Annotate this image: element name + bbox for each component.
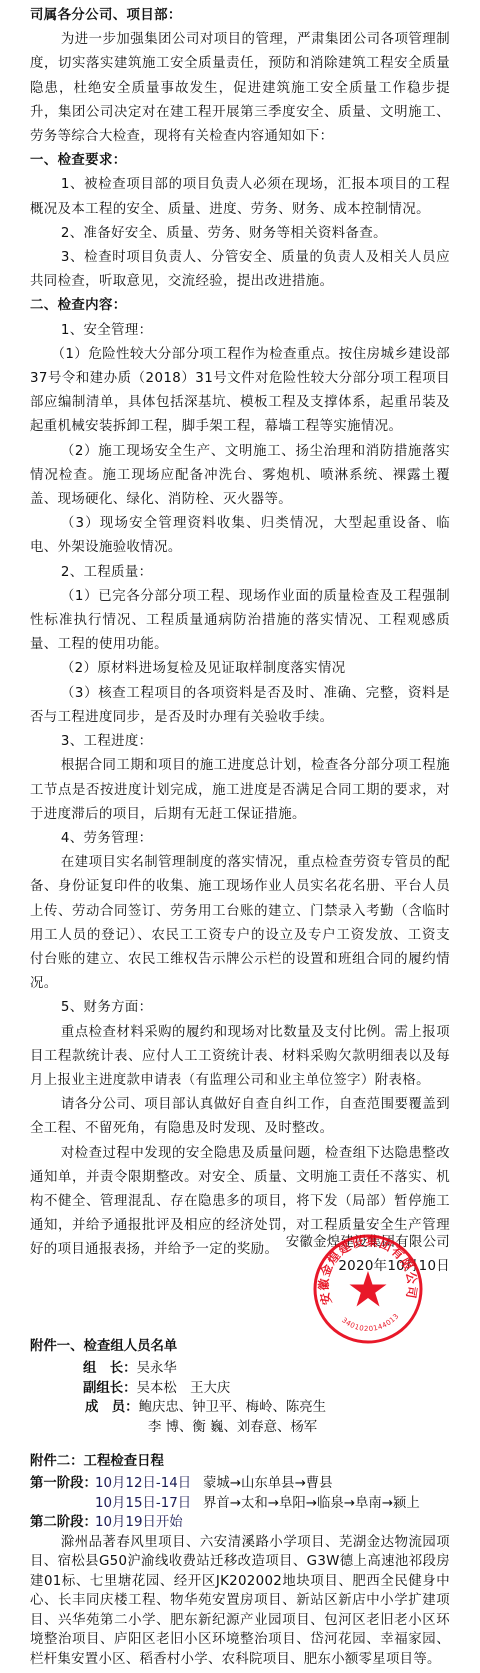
safety-item: （1）危险性较大分部分项工程作为检查重点。按住房城乡建设部37号令和建办质（20… [30, 343, 450, 440]
svg-text:3401020144013: 3401020144013 [340, 1312, 401, 1333]
stage-route: 界首→太和→阜阳→临泉→阜南→颍上 [203, 1494, 420, 1514]
signature-company: 安徽金煌建设集团有限公司 [30, 1231, 452, 1250]
appendix-inspection-team: 附件一、检查组人员名单 组 长：吴永华 副组长：吴本松 王大庆 成 员：鲍庆忠、… [30, 1337, 450, 1437]
subsection-finance-title: 5、财务方面： [30, 996, 450, 1020]
quality-item: （2）原材料进场复检及见证取样制度落实情况 [30, 657, 450, 681]
quality-item: （3）核查工程项目的各项资料是否及时、准确、完整，资料是否与工程进度同步，是否及… [30, 682, 450, 730]
stage-date: 10月12日-14日 [95, 1474, 203, 1494]
stage-1-row-2: 10月15日-17日界首→太和→阜阳→临泉→阜南→颍上 [30, 1494, 450, 1514]
subsection-quality-title: 2、工程质量： [30, 561, 450, 585]
progress-text: 根据合同工期和项目的施工进度总计划，检查各分部分项工程施工节点是否按进度计划完成… [30, 754, 450, 827]
requirement-item: 1、被检查项目部的项目负责人必须在现场，汇报本项目的工程概况及本工程的安全、质量… [30, 173, 450, 221]
requirement-item: 2、准备好安全、质量、劳务、财务等相关资料备查。 [30, 222, 450, 246]
appendix-inspection-schedule: 附件二：工程检查日程 第一阶段：10月12日-14日蒙城→山东单县→曹县 10月… [30, 1452, 450, 1670]
stage-2-project-list: 滁州品著春风里项目、六安清溪路小学项目、芜湖金达物流园项目、宿松县G50沪渝线收… [30, 1533, 450, 1670]
seal-code: 3401020144013 [340, 1312, 401, 1333]
intro-paragraph: 为进一步加强集团公司对项目的管理，严肃集团公司各项管理制度，切实落实建筑施工安全… [30, 28, 450, 149]
safety-item: （3）现场安全管理资料收集、归类情况，大型起重设备、临电、外架设施验收情况。 [30, 512, 450, 560]
team-leader-row: 组 长：吴永华 [30, 1359, 450, 1379]
requirement-item: 3、检查时项目负责人、分管安全、质量的负责人及相关人员应共同检查，听取意见，交流… [30, 246, 450, 294]
stage-route: 蒙城→山东单县→曹县 [203, 1474, 333, 1494]
stage-2-label: 第二阶段： [30, 1513, 95, 1533]
stage-2-row: 第二阶段：10月19日开始 [30, 1513, 450, 1533]
stage-1-label: 第一阶段： [30, 1474, 95, 1494]
deputy-label: 副组长： [83, 1379, 137, 1399]
deputy-names: 吴本松 王大庆 [137, 1381, 231, 1396]
leader-label: 组 长： [83, 1359, 137, 1379]
finance-text: 重点检查材料采购的履约和现场对比数量及支付比例。需上报项目工程款统计表、应付人工… [30, 1021, 450, 1094]
deputy-leader-row: 副组长：吴本松 王大庆 [30, 1379, 450, 1399]
member-names: 鲍庆忠、钟卫平、梅岭、陈亮生 [139, 1400, 326, 1415]
signature-date: 2020年10月10日 [30, 1255, 466, 1274]
notice-body: 司属各分公司、项目部： 为进一步加强集团公司对项目的管理，严肃集团公司各项管理制… [30, 4, 450, 1263]
stage-1-row: 第一阶段：10月12日-14日蒙城→山东单县→曹县 [30, 1474, 450, 1494]
safety-item: （2）施工现场安全生产、文明施工、扬尘治理和消防措施落实情况检查。施工现场应配备… [30, 440, 450, 513]
appendix-1-title: 附件一、检查组人员名单 [30, 1337, 450, 1357]
labor-text: 在建项目实名制管理制度的落实情况，重点检查劳资专管员的配备、身份证复印件的收集、… [30, 851, 450, 996]
leader-name: 吴永华 [137, 1361, 177, 1376]
stage-date: 10月15日-17日 [95, 1494, 203, 1514]
subsection-safety-title: 1、安全管理： [30, 319, 450, 343]
appendix-2-title: 附件二：工程检查日程 [30, 1452, 450, 1472]
subsection-labor-title: 4、劳务管理： [30, 827, 450, 851]
members-row-continued: 李 博、衡 巍、刘春意、杨军 [30, 1418, 450, 1438]
closing-paragraph: 请各分公司、项目部认真做好自查自纠工作，自查范围要覆盖到全工程、不留死角，有隐患… [30, 1093, 450, 1141]
members-label: 成 员： [85, 1398, 139, 1418]
section-1-title: 一、检查要求： [30, 149, 450, 173]
subsection-progress-title: 3、工程进度： [30, 730, 450, 754]
stage-2-start: 10月19日开始 [95, 1515, 183, 1530]
quality-item: （1）已完各分部分项工程、现场作业面的质量检查及工程强制性标准执行情况、工程质量… [30, 585, 450, 658]
section-2-title: 二、检查内容： [30, 294, 450, 318]
members-row: 成 员：鲍庆忠、钟卫平、梅岭、陈亮生 [30, 1398, 450, 1418]
salutation: 司属各分公司、项目部： [30, 4, 450, 28]
